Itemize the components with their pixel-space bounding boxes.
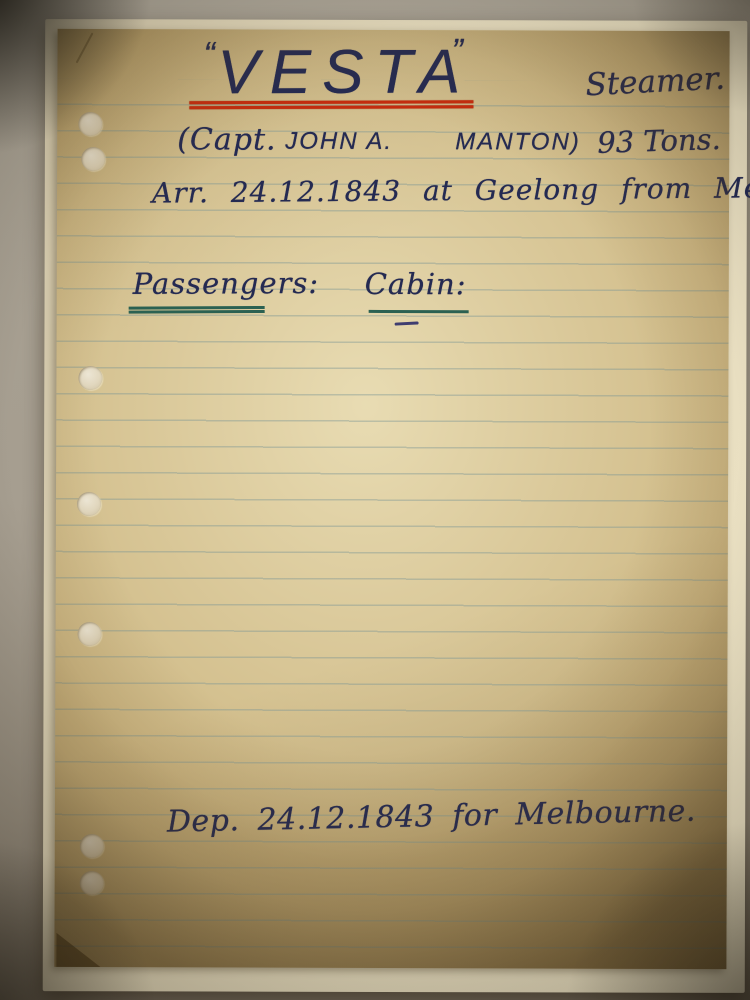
paper-crease <box>76 32 94 63</box>
cabin-heading: Cabin: <box>365 270 467 299</box>
captain-given-names: JOHN A. <box>285 130 393 154</box>
corner-shadow <box>56 933 100 967</box>
punch-hole <box>78 112 102 136</box>
cabin-underline <box>369 310 469 313</box>
close-quote: ” <box>452 34 463 68</box>
passengers-heading: Passengers: <box>133 269 320 299</box>
photograph: “ VESTA ” Steamer. (Capt. JOHN A. MANTON… <box>0 0 750 1000</box>
tonnage: 93 Tons. <box>597 125 721 158</box>
captain-prefix: (Capt. <box>177 125 276 155</box>
red-double-underline <box>189 100 473 109</box>
ship-name-title: VESTA <box>217 41 471 104</box>
punch-hole <box>77 622 101 646</box>
open-quote: “ <box>203 37 214 71</box>
passengers-underline <box>129 306 265 313</box>
punch-hole <box>77 492 101 516</box>
punch-hole <box>80 871 104 895</box>
arrival-line: Arr. 24.12.1843 at Geelong from Melbourn… <box>152 173 750 207</box>
punch-hole <box>81 147 105 171</box>
punch-hole <box>80 834 104 858</box>
captain-surname: MANTON) <box>455 130 581 154</box>
punch-hole <box>78 366 102 390</box>
notebook-page: “ VESTA ” Steamer. (Capt. JOHN A. MANTON… <box>54 29 729 969</box>
vessel-type: Steamer. <box>585 64 726 102</box>
